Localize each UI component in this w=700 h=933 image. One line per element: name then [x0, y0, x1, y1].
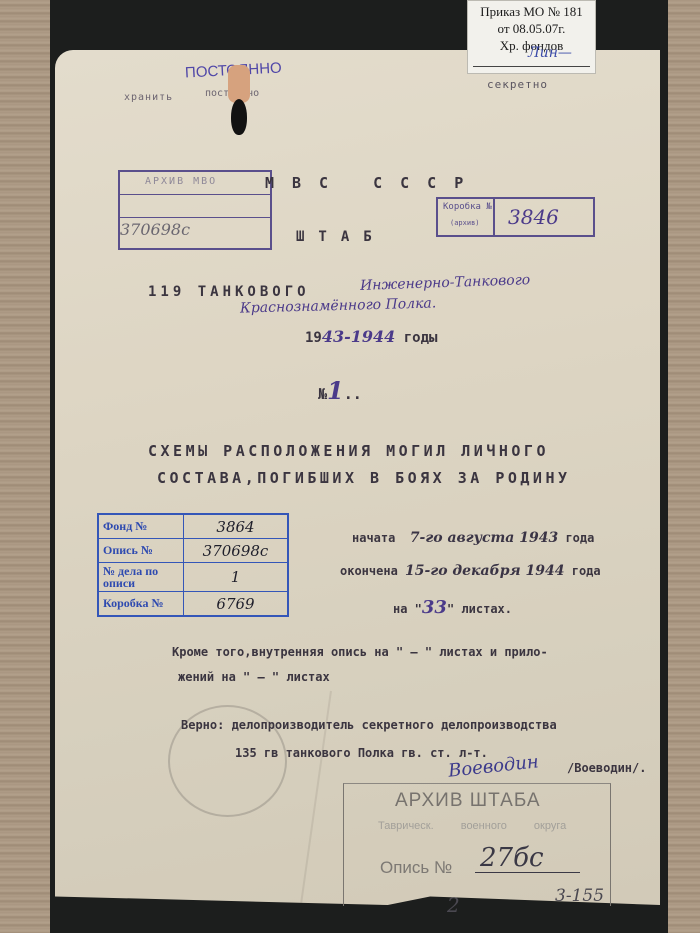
signer-name: /Воеводин/.	[567, 761, 646, 775]
registry-value: 3864	[184, 514, 289, 539]
start-value: 7-го августа 1943	[410, 530, 558, 546]
secret-label: секретно	[487, 78, 548, 91]
order-label: Приказ МО № 181 от 08.05.07г. Хр. фондов…	[467, 0, 596, 74]
start-suffix: года	[565, 531, 594, 545]
registry-value: 1	[184, 563, 289, 592]
stamp-rule	[120, 217, 270, 218]
sheets-suffix: " листах.	[447, 602, 512, 616]
document-title-line-1: СХЕМЫ РАСПОЛОЖЕНИЯ МОГИЛ ЛИЧНОГО	[148, 442, 549, 460]
table-row: Фонд № 3864	[98, 514, 288, 539]
sheet-count-line: на "33" листах.	[393, 597, 512, 618]
box-stamp-sublabel: (архив)	[450, 219, 480, 227]
archive-stamp: АРХИВ МВО 370698с	[118, 170, 272, 250]
start-label: начата	[352, 531, 395, 545]
start-date-line: начата 7-го августа 1943 года	[352, 530, 594, 546]
order-line-1: Приказ МО № 181	[468, 3, 595, 20]
table-row: Коробка № 6769	[98, 592, 288, 617]
table-row: Опись № 370698с	[98, 539, 288, 563]
archive-bottom-number: 3-155	[555, 886, 604, 906]
number-prefix: №	[318, 385, 327, 403]
table-row: № дела по описи 1	[98, 563, 288, 592]
registry-value: 6769	[184, 592, 289, 617]
registry-table: Фонд № 3864 Опись № 370698с № дела по оп…	[97, 513, 289, 617]
file-number: №1..	[318, 376, 362, 405]
order-underline	[473, 66, 590, 67]
end-date-line: окончена 15-го декабря 1944 года	[340, 563, 601, 579]
extra-note-line-2: жений на " – " листах	[178, 670, 330, 684]
archive-inventory-label: Опись №	[380, 858, 452, 878]
tape-patch	[228, 65, 250, 103]
registry-label: № дела по описи	[98, 563, 184, 592]
unit-name-typed: 119 ТАНКОВОГО	[148, 284, 310, 300]
hole-shadow	[231, 99, 247, 135]
registry-label: Коробка №	[98, 592, 184, 617]
number-suffix: ..	[344, 385, 362, 403]
end-label: окончена	[340, 564, 398, 578]
end-suffix: года	[572, 564, 601, 578]
stamp-rule	[120, 194, 270, 195]
archive-bottom-handwritten: 2	[447, 893, 460, 917]
sheets-prefix: на "	[393, 602, 422, 616]
extra-note-line-1: Кроме того,внутренняя опись на " – " лис…	[172, 645, 548, 659]
box-stamp: Коробка № (архив) 3846	[436, 197, 595, 237]
store-label: хранить	[124, 92, 173, 103]
archive-inventory-value: 27бс	[480, 843, 544, 873]
archive-stamp-faded-text: АРХИВ МВО	[145, 176, 217, 187]
registry-value: 370698с	[184, 539, 289, 563]
archive-stamp-number: 370698с	[120, 220, 190, 239]
box-stamp-value: 3846	[508, 205, 559, 229]
box-stamp-divider	[493, 199, 495, 235]
years-typed: 19	[305, 330, 322, 346]
end-value: 15-го декабря 1944	[405, 563, 564, 579]
number-value: 1	[327, 376, 344, 405]
registry-label: Фонд №	[98, 514, 184, 539]
certification-line-2: 135 гв танкового Полка гв. ст. л-т.	[235, 746, 488, 760]
ministry-heading: МВС СССР	[265, 174, 481, 192]
years-handwritten: 43-1944	[322, 327, 395, 346]
years-line: 1943-1944 годы	[305, 327, 437, 346]
registry-label: Опись №	[98, 539, 184, 563]
sheets-value: 33	[422, 597, 447, 618]
document-title-line-2: СОСТАВА,ПОГИБШИХ В БОЯХ ЗА РОДИНУ	[157, 469, 571, 487]
certification-line-1: Верно: делопроизводитель секретного дело…	[181, 718, 557, 732]
years-suffix: годы	[404, 330, 438, 346]
binding-hole	[228, 65, 250, 135]
order-line-2: от 08.05.07г.	[468, 20, 595, 37]
archive-label-subtitle: Таврическ. военного округа	[378, 820, 566, 832]
order-signature: Лин—	[528, 45, 572, 62]
archive-label-title: АРХИВ ШТАБА	[395, 790, 541, 812]
box-stamp-label: Коробка №	[443, 202, 492, 212]
staff-heading: ШТАБ	[296, 229, 386, 245]
archive-underline	[475, 872, 580, 873]
